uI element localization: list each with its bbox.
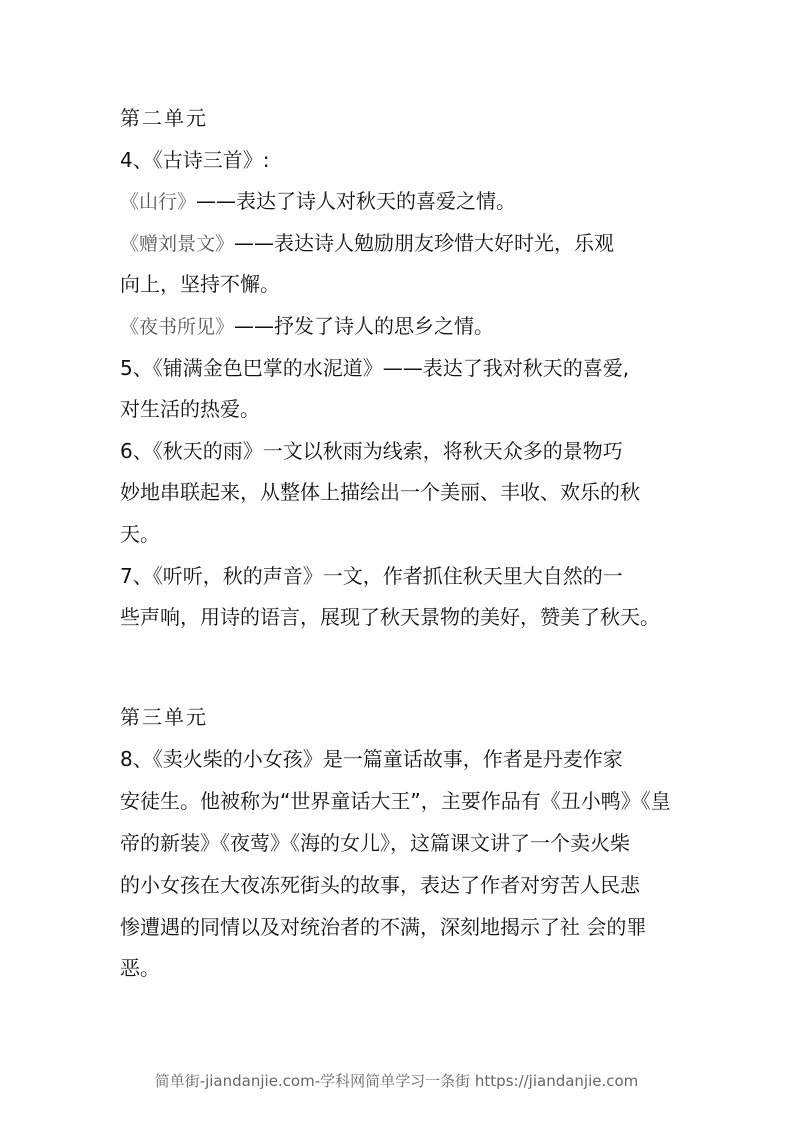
item6-line1: 6、《秋天的雨》一文以秋雨为线索，将秋天众多的景物巧 — [120, 439, 623, 463]
poem-title: 《赠刘景文》 — [120, 233, 234, 255]
item8-line3: 帝的新装》《夜莺》《海的女儿》，这篇课文讲了一个卖火柴 — [120, 831, 630, 855]
item5-line1: 5、《铺满金色巴掌的水泥道》——表达了我对秋天的喜爱, — [120, 356, 629, 380]
poem-shanxing: 《山行》——表达了诗人对秋天的喜爱之情。 — [120, 189, 516, 214]
poem-zengliujingwen-cont: 向上，坚持不懈。 — [120, 272, 280, 296]
poem-zengliujingwen: 《赠刘景文》——表达诗人勉励朋友珍惜大好时光，乐观 — [120, 231, 614, 256]
item6-line2: 妙地串联起来，从整体上描绘出一个美丽、丰收、欢乐的秋 — [120, 480, 640, 504]
poem-yeshusuojian: 《夜书所见》——抒发了诗人的思乡之情。 — [120, 314, 494, 339]
item8-line2: 安徒生。他被称为“世界童话大王”，主要作品有《丑小鸭》《皇 — [120, 789, 671, 813]
document-page: 第二单元 4、《古诗三首》: 《山行》——表达了诗人对秋天的喜爱之情。 《赠刘景… — [0, 0, 793, 1122]
item4-title: 4、《古诗三首》: — [120, 148, 269, 172]
poem-title: 《山行》 — [120, 191, 196, 213]
poem-title: 《夜书所见》 — [120, 316, 234, 338]
poem-description: ——表达了诗人对秋天的喜爱之情。 — [196, 189, 516, 213]
item5-line2: 对生活的热爱。 — [120, 397, 260, 421]
item8-line6: 恶。 — [120, 956, 160, 980]
item7-line2: 些声响，用诗的语言，展现了秋天景物的美好，赞美了秋天。 — [120, 605, 660, 629]
item8-line4: 的小女孩在大夜冻死街头的故事，表达了作者对穷苦人民悲 — [120, 873, 640, 897]
item6-line3: 天。 — [120, 522, 160, 546]
unit2-heading: 第二单元 — [120, 106, 208, 130]
item8-line1: 8、《卖火柴的小女孩》是一篇童话故事，作者是丹麦作家 — [120, 747, 623, 771]
item7-line1: 7、《听听，秋的声音》一文，作者抓住秋天里大自然的一 — [120, 564, 623, 588]
item8-line5: 惨遭遇的同情以及对统治者的不满，深刻地揭示了社 会的罪 — [120, 915, 646, 939]
poem-description: ——表达诗人勉励朋友珍惜大好时光，乐观 — [234, 231, 614, 255]
poem-description: ——抒发了诗人的思乡之情。 — [234, 314, 494, 338]
footer-watermark: 简单街-jiandanjie.com-学科网简单学习一条街 https://ji… — [0, 1070, 793, 1091]
unit3-heading: 第三单元 — [120, 705, 208, 729]
